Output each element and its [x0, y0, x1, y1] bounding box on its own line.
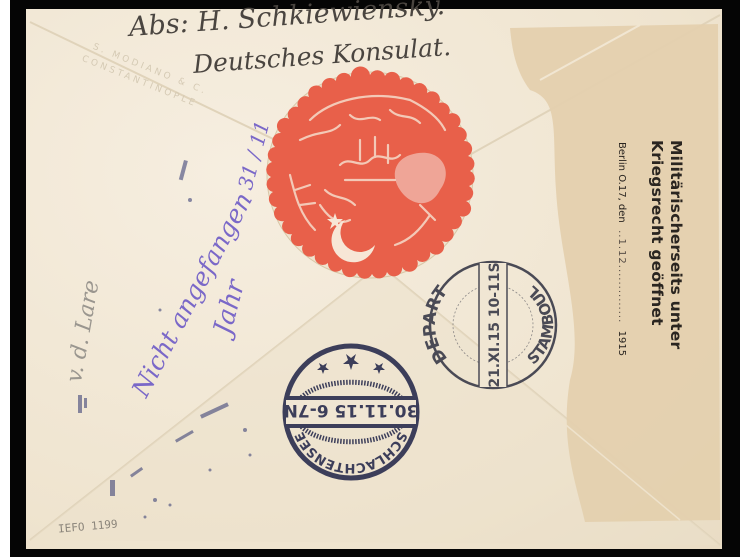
envelope-graphics: 21.XI.15 10-11S DEPART STAMBOUL 30.11.15…: [0, 0, 740, 557]
censor-label-line1: Militärischerseits unter: [667, 140, 685, 349]
censor-label-year: 1915: [616, 331, 627, 356]
censor-label-line3: Berlin O.17, den ..1.12.............. 19…: [616, 142, 627, 356]
svg-text:STAMBOUL: STAMBOUL: [523, 282, 557, 368]
censor-label-date: ..1.12..............: [616, 226, 627, 328]
svg-text:30.11.15 6-7N: 30.11.15 6-7N: [284, 400, 419, 420]
censor-label-place: Berlin O.17, den: [616, 142, 627, 223]
censor-label-line2: Kriegsrecht geöffnet: [648, 140, 666, 326]
ottoman-seal: [266, 66, 475, 278]
svg-text:21.XI.15 10-11S: 21.XI.15 10-11S: [487, 262, 503, 387]
